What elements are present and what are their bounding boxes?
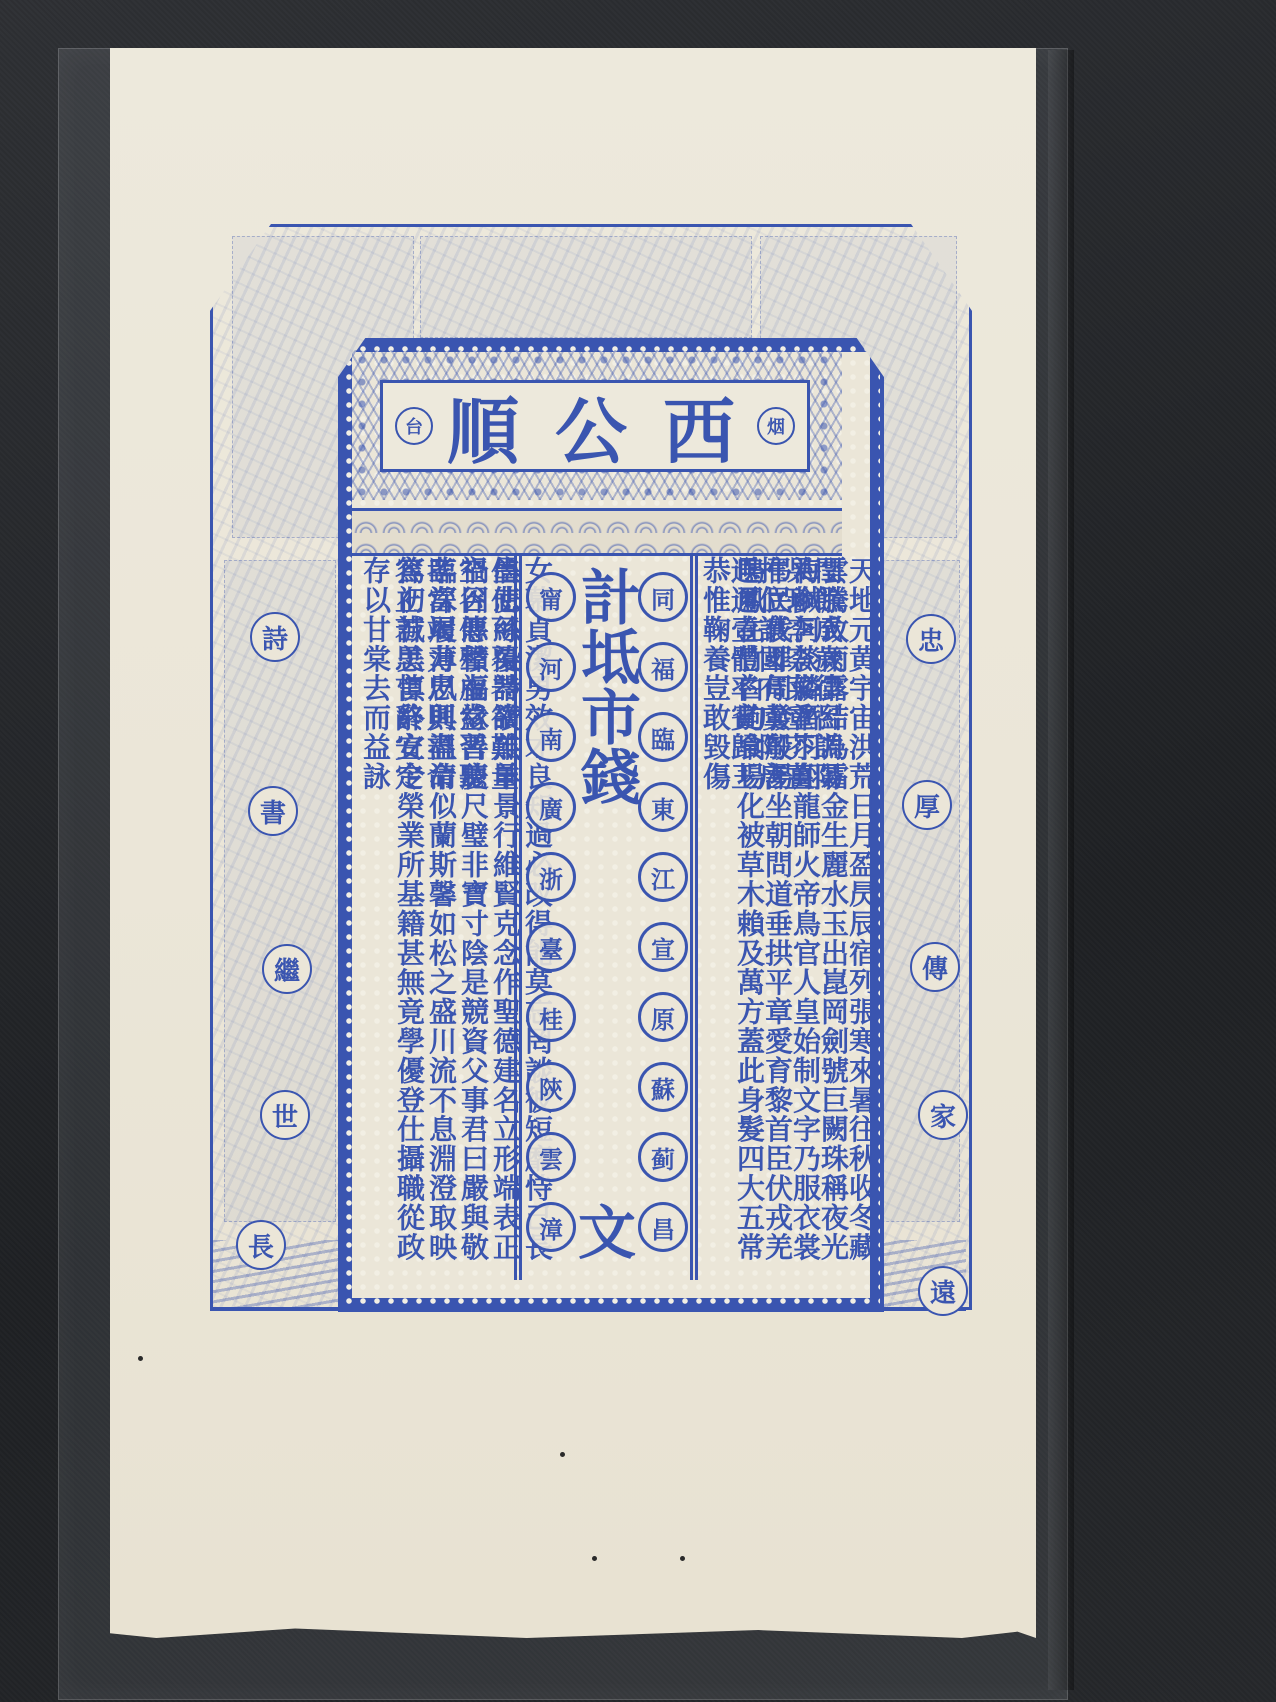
seal-chang: 昌 <box>638 1202 688 1252</box>
scene-top-figures <box>420 236 752 338</box>
border-seal-chuan: 傳 <box>910 942 960 992</box>
province-seals-left: 甯 河 南 廣 浙 臺 桂 陝 雲 漳 <box>526 572 576 1252</box>
seal-xuan: 宣 <box>638 922 688 972</box>
seal-shan: 陝 <box>526 1062 576 1112</box>
seal-dong: 東 <box>638 782 688 832</box>
province-seals-right: 同 福 臨 東 江 宣 原 蘇 蓟 昌 <box>638 572 688 1252</box>
denom-char-2: 坻 <box>571 626 641 686</box>
seal-zhang: 漳 <box>526 1202 576 1252</box>
border-seal-jia: 家 <box>918 1090 968 1140</box>
border-seal-chang: 長 <box>236 1220 286 1270</box>
denom-char-4: 錢 <box>571 746 641 806</box>
paper-hole <box>592 1556 597 1561</box>
seal-left-tai: 台 <box>395 407 433 445</box>
seal-lin: 臨 <box>638 712 688 762</box>
seal-nan: 南 <box>526 712 576 762</box>
title-cartouche: 台 順 公 西 烟 <box>380 380 810 472</box>
paper-hole <box>560 1452 565 1457</box>
issuer-title: 順 公 西 <box>433 374 757 478</box>
seal-tai: 臺 <box>526 922 576 972</box>
seal-he: 河 <box>526 642 576 692</box>
seal-right-yan: 烟 <box>757 407 795 445</box>
seal-ning: 甯 <box>526 572 576 622</box>
border-seal-shu: 書 <box>248 786 298 836</box>
seal-guang: 廣 <box>526 782 576 832</box>
note-body: 篤初誠美慎終宜令榮業所基籍甚無竟學優登仕攝職從政存以甘棠去而益詠 臨深履薄夙興溫… <box>352 556 842 1280</box>
center-denomination-panel: 甯 河 南 廣 浙 臺 桂 陝 雲 漳 計坻市錢 文 同 福 臨 東 江 宣 原… <box>520 556 690 1280</box>
divider-right <box>690 556 698 1280</box>
seal-jiang: 江 <box>638 852 688 902</box>
right-text-col-1: 天地元黄宇宙洪荒日月盈昃辰宿列張寒來暑往秋收冬藏閏餘成歲律呂調陽 <box>810 556 878 1276</box>
border-seal-ji: 繼 <box>262 944 312 994</box>
seal-yun: 雲 <box>526 1132 576 1182</box>
title-char-1: 順 <box>447 374 527 478</box>
paper-hole <box>138 1356 143 1361</box>
denom-char-3: 市 <box>571 686 641 746</box>
title-char-2: 公 <box>555 374 635 478</box>
seal-zhe: 浙 <box>526 852 576 902</box>
denomination-text: 計坻市錢 <box>574 566 638 806</box>
border-seal-yuan: 遠 <box>918 1266 968 1316</box>
paper-hole <box>680 1556 685 1561</box>
title-char-3: 西 <box>663 374 743 478</box>
seal-gui: 桂 <box>526 992 576 1042</box>
wave-pattern-band <box>352 508 842 556</box>
seal-su: 蘇 <box>638 1062 688 1112</box>
border-seal-zhong: 忠 <box>906 614 956 664</box>
seal-ji: 蓟 <box>638 1132 688 1182</box>
border-seal-shi: 詩 <box>250 612 300 662</box>
denomination-unit: 文 <box>578 1186 636 1270</box>
border-seal-shi2: 世 <box>260 1090 310 1140</box>
border-seal-hou: 厚 <box>902 780 952 830</box>
right-text-wrap-1: 天地元黄宇宙洪荒日月盈昃辰宿列張寒來暑往秋收冬藏閏餘成歲律呂調陽 <box>810 556 878 1276</box>
sleeve-edge <box>1048 50 1074 1690</box>
denom-char-1: 計 <box>571 566 641 626</box>
seal-fu: 福 <box>638 642 688 692</box>
seal-yuan: 原 <box>638 992 688 1042</box>
seal-tong: 同 <box>638 572 688 622</box>
